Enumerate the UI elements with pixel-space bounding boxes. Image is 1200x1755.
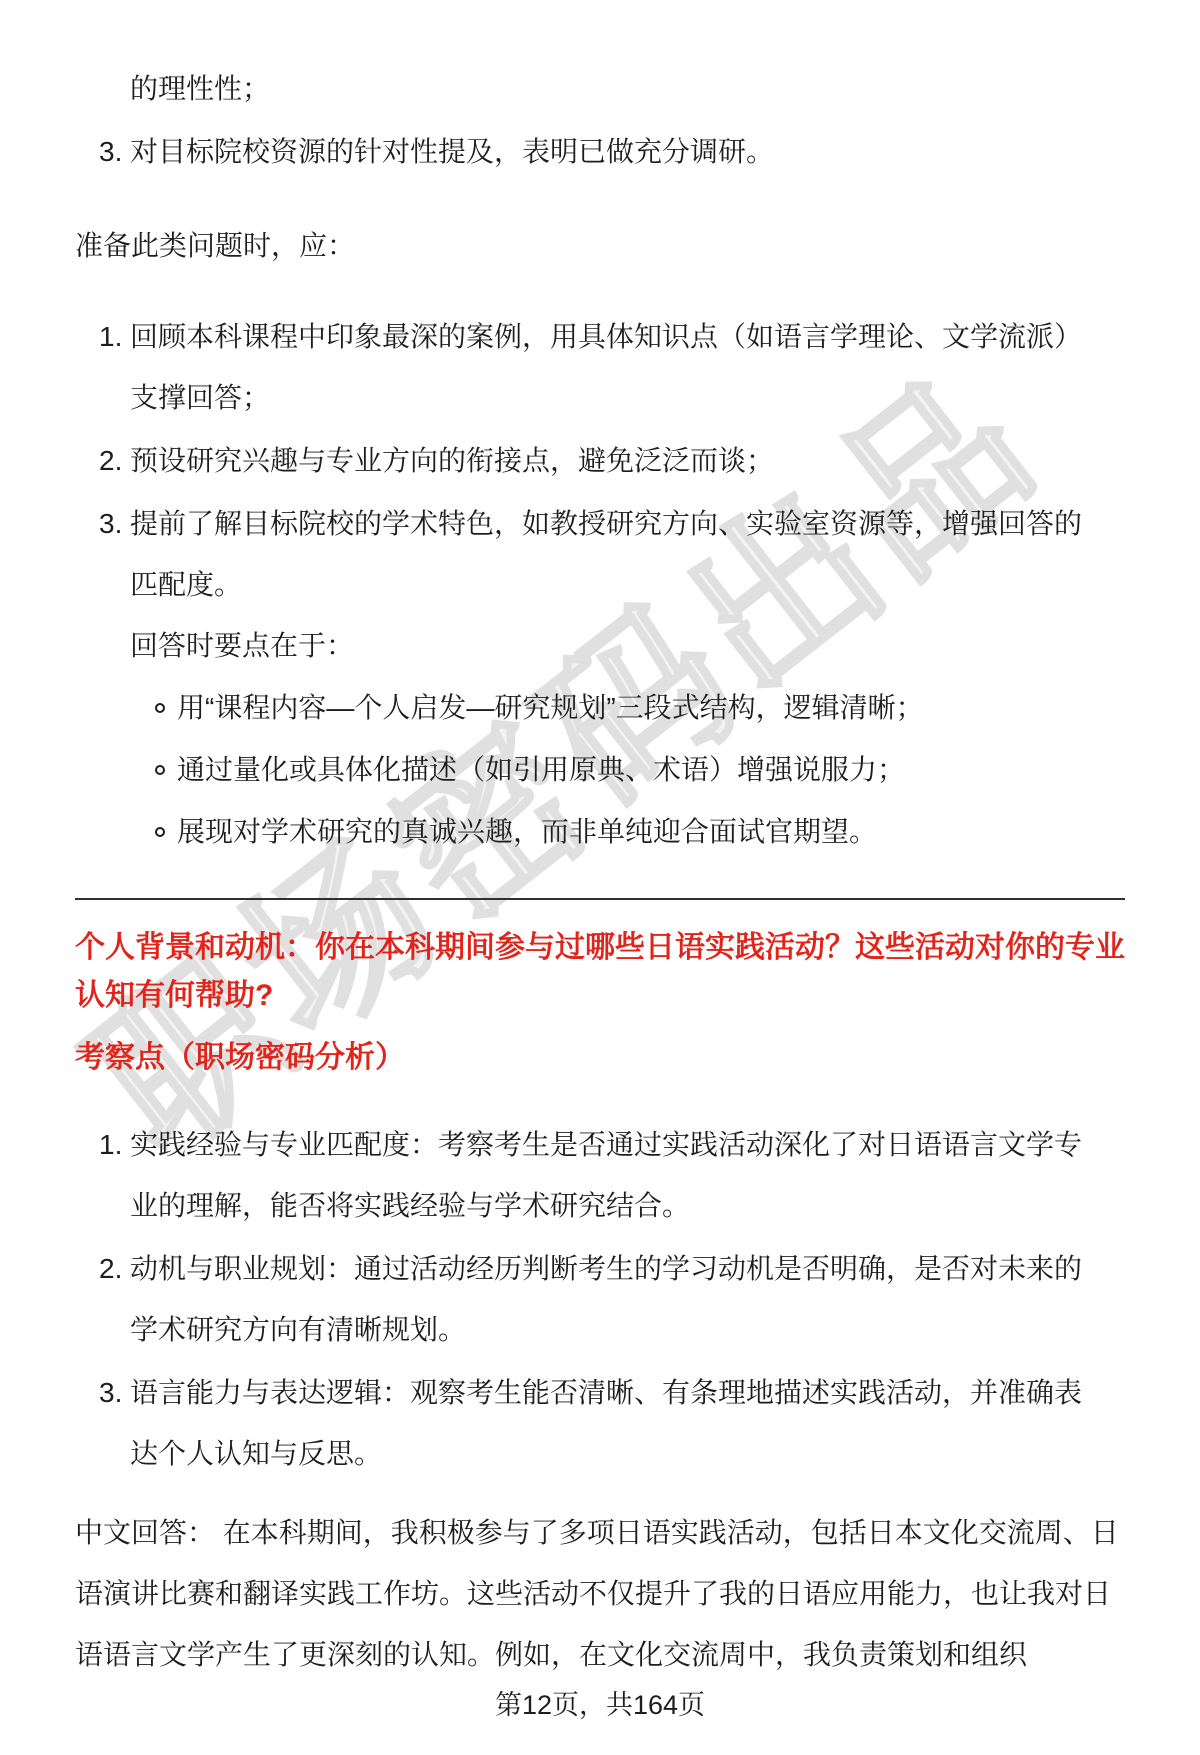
page-content: 的理性性； 3. 对目标院校资源的针对性提及，表明已做充分调研。 准备此类问题时… [0, 0, 1200, 1685]
bullet-item-text: 用“课程内容—个人启发—研究规划”三段式结构，逻辑清晰； [177, 677, 1125, 738]
list-item-number: 1. [99, 306, 122, 367]
circle-bullet-icon [155, 827, 165, 837]
bullet-item: 通过量化或具体化描述（如引用原典、术语）增强说服力； [75, 739, 1125, 800]
analysis-heading: 考察点（职场密码分析） [75, 1034, 1125, 1082]
bullet-item-text: 通过量化或具体化描述（如引用原典、术语）增强说服力； [177, 739, 1125, 800]
carryover-line: 的理性性； [130, 58, 1125, 119]
list-item-number: 3. [99, 493, 122, 554]
bullet-item-text: 展现对学术研究的真诚兴趣，而非单纯迎合面试官期望。 [177, 801, 1125, 862]
list-item-text: 提前了解目标院校的学术特色，如教授研究方向、实验室资源等，增强回答的匹配度。 [130, 493, 1125, 615]
circle-bullet-icon [155, 703, 165, 713]
question-heading: 个人背景和动机：你在本科期间参与过哪些日语实践活动？这些活动对你的专业认知有何帮… [75, 924, 1125, 1020]
list-item: 2. 预设研究兴趣与专业方向的衔接点，避免泛泛而谈； [75, 430, 1125, 491]
list-item-text: 语言能力与表达逻辑：观察考生能否清晰、有条理地描述实践活动，并准确表达个人认知与… [130, 1362, 1125, 1484]
list-item-text: 实践经验与专业匹配度：考察考生是否通过实践活动深化了对日语语言文学专业的理解，能… [130, 1114, 1125, 1236]
section-divider [75, 898, 1125, 900]
list-item-number: 3. [99, 121, 122, 182]
list-item-text: 回顾本科课程中印象最深的案例，用具体知识点（如语言学理论、文学流派）支撑回答； [130, 306, 1125, 428]
analysis-list: 1. 实践经验与专业匹配度：考察考生是否通过实践活动深化了对日语语言文学专业的理… [75, 1114, 1125, 1484]
list-item-number: 3. [99, 1362, 122, 1423]
list-item: 2. 动机与职业规划：通过活动经历判断考生的学习动机是否明确，是否对未来的学术研… [75, 1238, 1125, 1360]
list-item-number: 2. [99, 430, 122, 491]
list-item: 1. 实践经验与专业匹配度：考察考生是否通过实践活动深化了对日语语言文学专业的理… [75, 1114, 1125, 1236]
circle-bullet-icon [155, 765, 165, 775]
list-item: 3. 对目标院校资源的针对性提及，表明已做充分调研。 [75, 121, 1125, 182]
list-item: 3. 提前了解目标院校的学术特色，如教授研究方向、实验室资源等，增强回答的匹配度… [75, 493, 1125, 615]
list-item-number: 2. [99, 1238, 122, 1299]
bullet-item: 用“课程内容—个人启发—研究规划”三段式结构，逻辑清晰； [75, 677, 1125, 738]
page-number-footer: 第12页，共164页 [0, 1685, 1200, 1725]
list-item: 1. 回顾本科课程中印象最深的案例，用具体知识点（如语言学理论、文学流派）支撑回… [75, 306, 1125, 428]
prep-intro: 准备此类问题时，应： [75, 215, 1125, 276]
document-page: 职场密码出品 的理性性； 3. 对目标院校资源的针对性提及，表明已做充分调研。 … [0, 0, 1200, 1755]
list-item-text: 动机与职业规划：通过活动经历判断考生的学习动机是否明确，是否对未来的学术研究方向… [130, 1238, 1125, 1360]
list-item-number: 1. [99, 1114, 122, 1175]
bullet-item: 展现对学术研究的真诚兴趣，而非单纯迎合面试官期望。 [75, 801, 1125, 862]
list-item-text: 对目标院校资源的针对性提及，表明已做充分调研。 [130, 121, 1125, 182]
answer-points-intro: 回答时要点在于： [130, 615, 1125, 676]
prep-list: 1. 回顾本科课程中印象最深的案例，用具体知识点（如语言学理论、文学流派）支撑回… [75, 306, 1125, 862]
list-item: 3. 语言能力与表达逻辑：观察考生能否清晰、有条理地描述实践活动，并准确表达个人… [75, 1362, 1125, 1484]
chinese-answer-paragraph: 中文回答： 在本科期间，我积极参与了多项日语实践活动，包括日本文化交流周、日语演… [75, 1502, 1125, 1685]
list-item-text: 预设研究兴趣与专业方向的衔接点，避免泛泛而谈； [130, 430, 1125, 491]
